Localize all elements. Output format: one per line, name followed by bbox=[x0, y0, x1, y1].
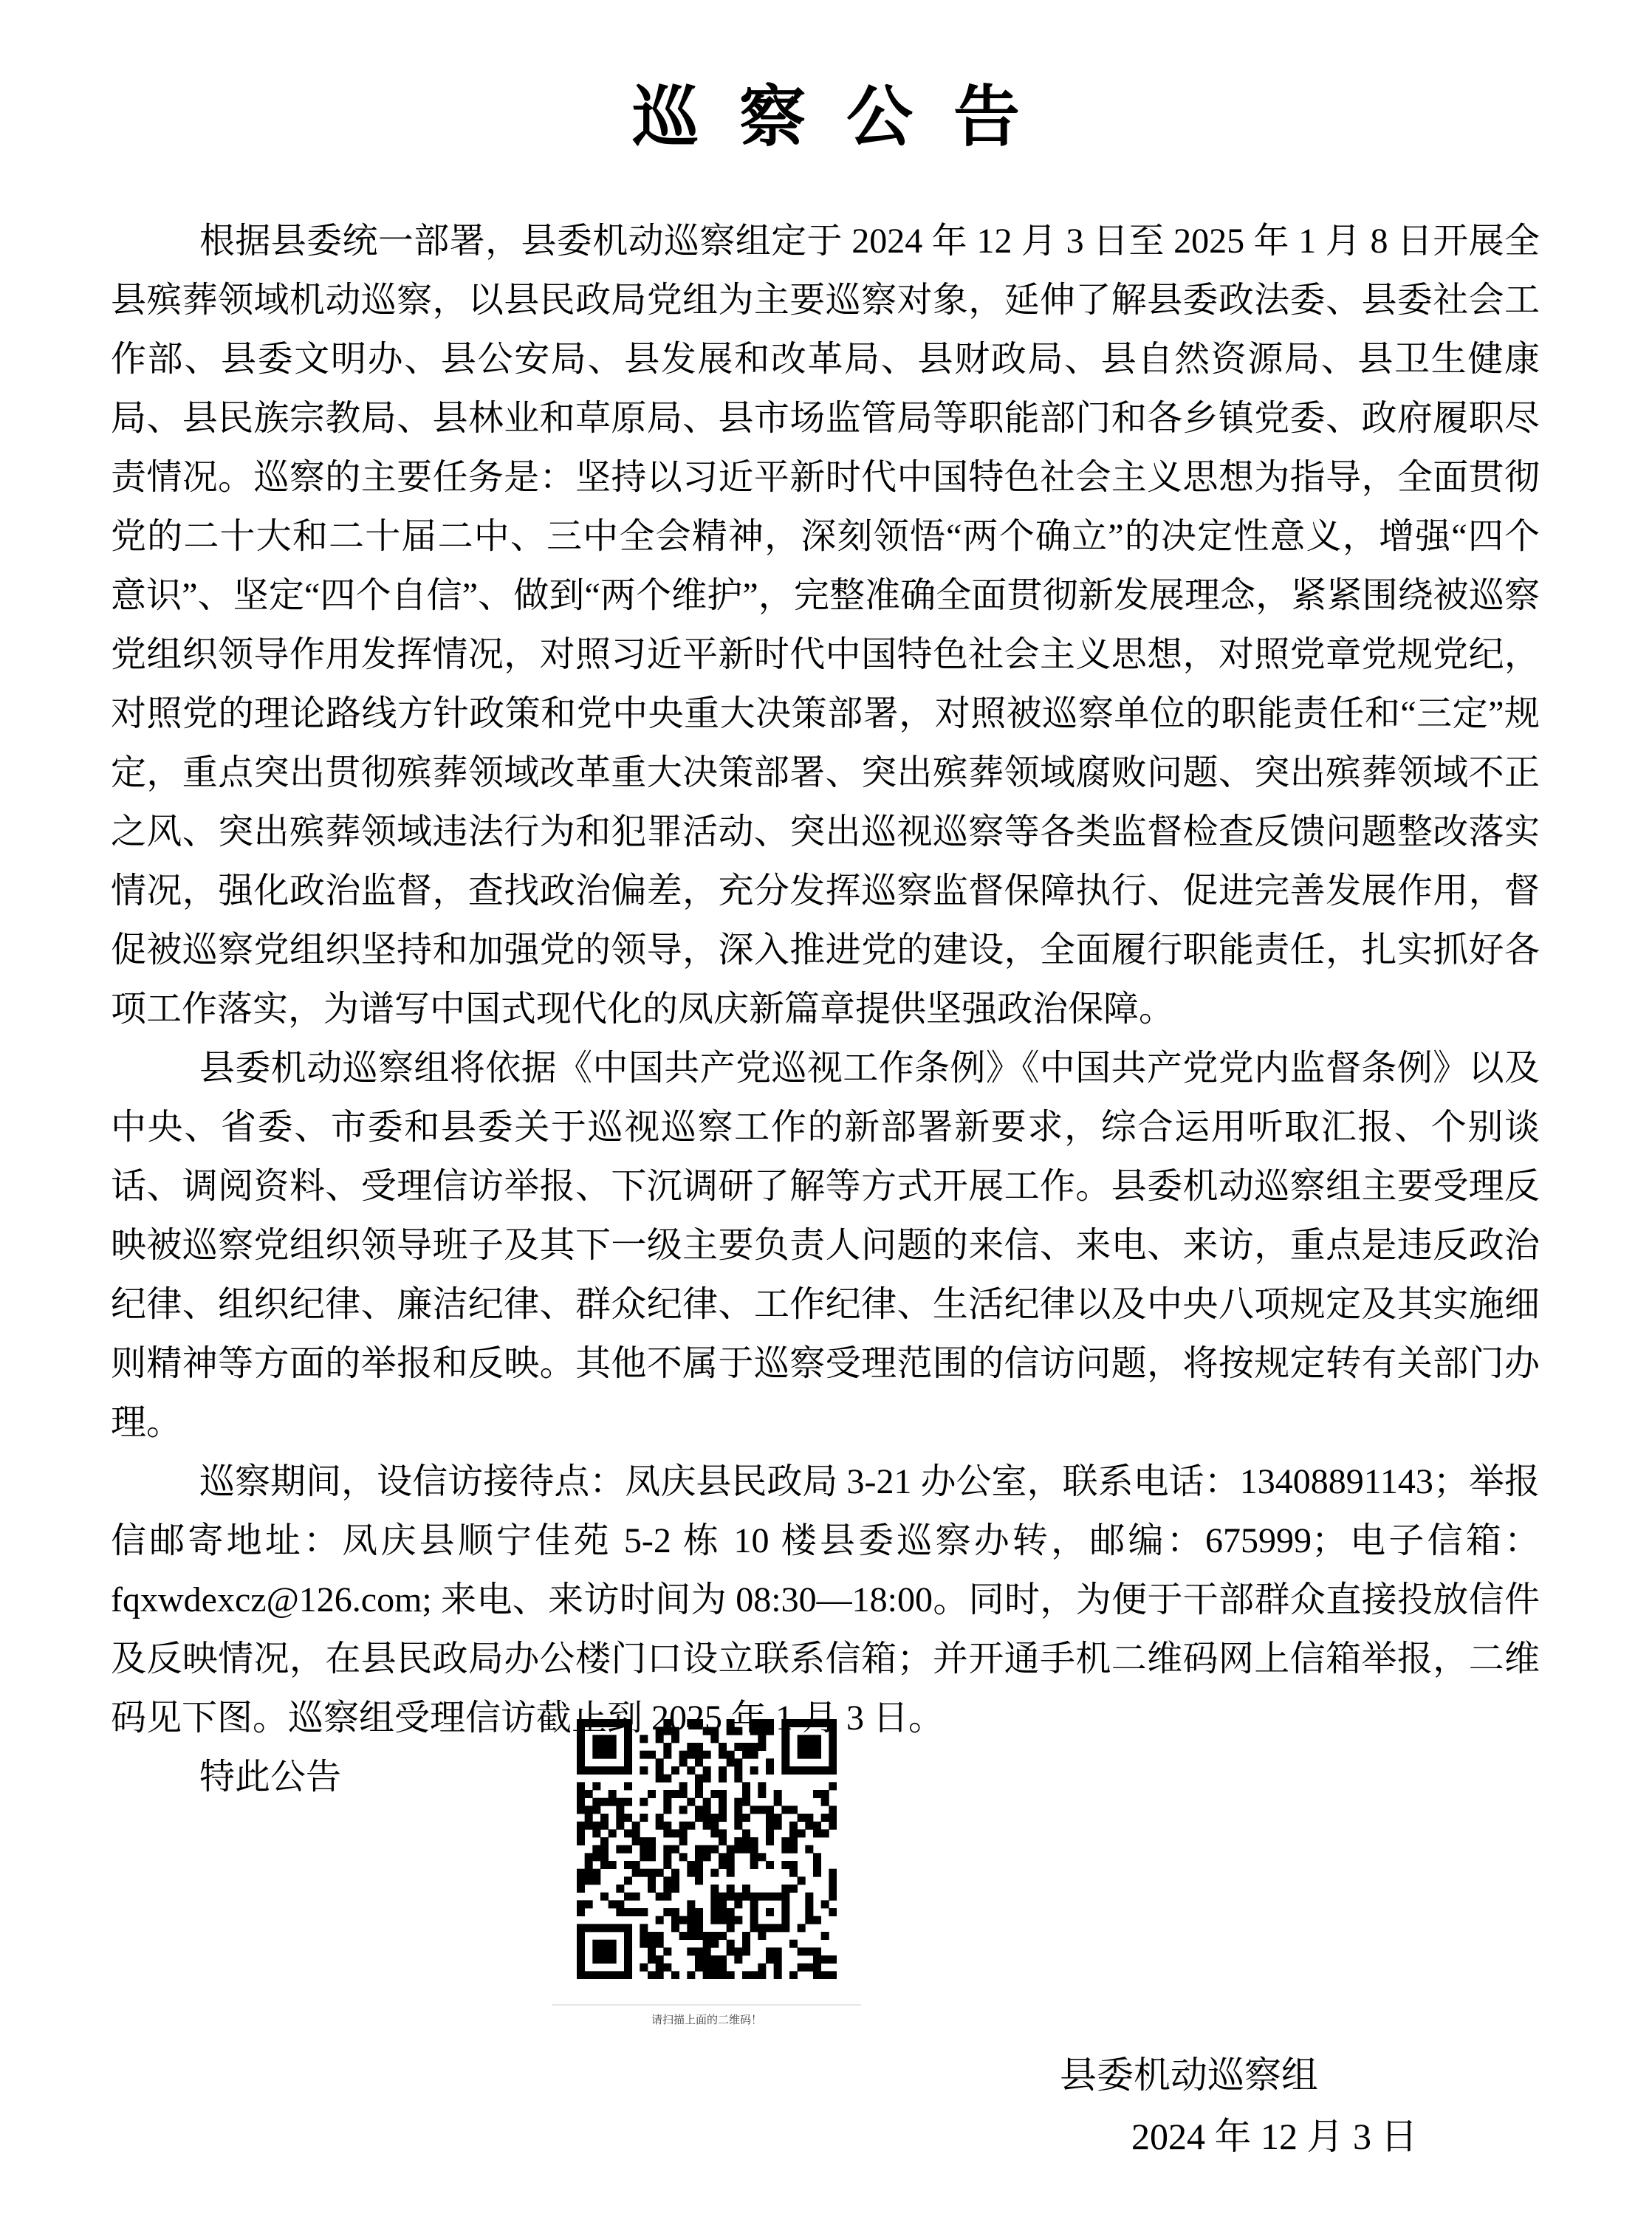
announcement-page: 巡察公告 根据县委统一部署，县委机动巡察组定于 2024 年 12 月 3 日至… bbox=[0, 0, 1652, 2239]
qr-code-icon bbox=[577, 1719, 837, 1979]
qr-divider bbox=[552, 2004, 861, 2006]
qr-caption: 请扫描上面的二维码！ bbox=[552, 2014, 861, 2027]
qr-card: 请扫描上面的二维码！ bbox=[552, 1719, 861, 2027]
page-title: 巡察公告 bbox=[0, 83, 1652, 154]
signature-org: 县委机动巡察组 bbox=[1060, 2053, 1318, 2097]
paragraph-2: 县委机动巡察组将依据《中国共产党巡视工作条例》《中国共产党党内监督条例》以及中央… bbox=[111, 1039, 1540, 1453]
paragraph-3: 巡察期间，设信访接待点：凤庆县民政局 3-21 办公室，联系电话：1340889… bbox=[111, 1453, 1540, 1748]
announcement-body: 根据县委统一部署，县委机动巡察组定于 2024 年 12 月 3 日至 2025… bbox=[111, 212, 1540, 1807]
paragraph-1: 根据县委统一部署，县委机动巡察组定于 2024 年 12 月 3 日至 2025… bbox=[111, 212, 1540, 1039]
signature-date: 2024 年 12 月 3 日 bbox=[1131, 2114, 1418, 2159]
